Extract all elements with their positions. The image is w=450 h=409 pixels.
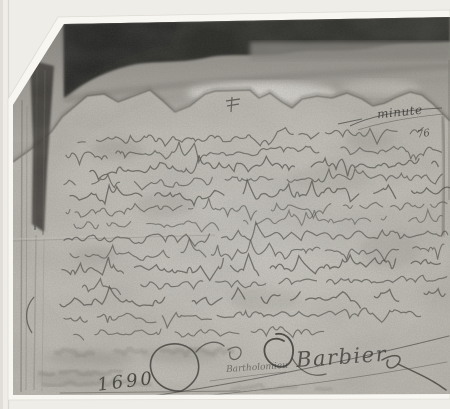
grain-overlay	[10, 10, 450, 400]
printed-area: minute 76 1690 Bartholomieu Barbier	[10, 10, 450, 406]
scan-edge-shadow	[0, 0, 3, 409]
scan-canvas: minute 76 1690 Bartholomieu Barbier	[0, 0, 450, 409]
scanned-document: minute 76 1690 Bartholomieu Barbier	[0, 0, 450, 409]
